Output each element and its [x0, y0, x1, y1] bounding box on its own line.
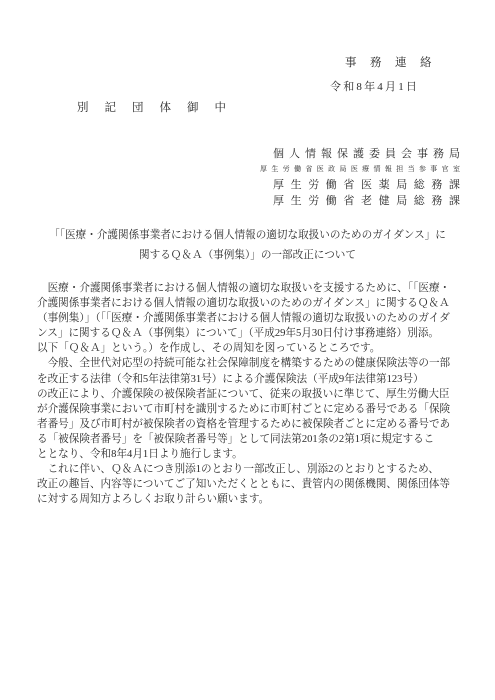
paragraph-2: 今般、全世代対応型の持続可能な社会保障制度を構築するための健康保険法等の一部 を… — [37, 356, 463, 462]
doc-type-label: 事務連絡 — [345, 54, 445, 70]
paragraph-3: これに伴い、Ｑ＆Ａにつき別添1のとおり一部改正し、別添2のとおりとするため、 改… — [37, 462, 463, 507]
body-line: これに伴い、Ｑ＆Ａにつき別添1のとおり一部改正し、別添2のとおりとするため、 — [37, 462, 463, 477]
sender-block: 個人情報保護委員会事務局 厚生労働省医政局医療情報担当参事官室 厚生労働省医薬局… — [273, 146, 460, 209]
body-line: ンス」に関するＱ＆Ａ（事例集）について」（平成29年5月30日付け事務連絡）別添… — [37, 326, 463, 341]
body-line: る「被保険者番号」を「被保険者番号等」として同法第201条の2第1項に規定するこ — [37, 432, 463, 447]
body-line: 介護関係事業者における個人情報の適切な取扱いのためのガイダンス」に関するＱ＆Ａ — [37, 296, 463, 311]
title-line-1: 「「医療・介護関係事業者における個人情報の適切な取扱いのためのガイダンス」に — [0, 226, 495, 246]
body-line: （事例集）」（「「医療・介護関係事業者における個人情報の適切な取扱いのためのガイ… — [37, 311, 463, 326]
sender-org-mhlw-iyakukyoku: 厚生労働省医薬局総務課 — [273, 177, 460, 193]
body-line: の改正により、介護保険の被保険者証について、従来の取扱いに準じて、厚生労働大臣 — [37, 387, 463, 402]
sender-org-mhlw-iseikyoku: 厚生労働省医政局医療情報担当参事官室 — [260, 162, 460, 177]
body-line: が介護保険事業において市町村を識別するために市町村ごとに定める番号である「保険 — [37, 402, 463, 417]
recipient-line: 別記団体御中 — [77, 99, 242, 115]
document-body: 医療・介護関係事業者における個人情報の適切な取扱いを支援するために、「「医療・ … — [37, 281, 463, 507]
body-line: に対する周知方よろしくお取り計らい願います。 — [37, 492, 463, 507]
body-line: を改正する法律（令和5年法律第31号）による介護保険法（平成9年法律第123号） — [37, 372, 463, 387]
document-page: 事務連絡 令和8年4月1日 別記団体御中 個人情報保護委員会事務局 厚生労働省医… — [0, 0, 495, 700]
body-line: 者番号」及び市町村が被保険者の資格を管理するために被保険者ごとに定める番号であ — [37, 417, 463, 432]
body-line: 以下「Ｑ＆Ａ」という。）を作成し、その周知を図っているところです。 — [37, 341, 463, 356]
document-title: 「「医療・介護関係事業者における個人情報の適切な取扱いのためのガイダンス」に 関… — [0, 226, 495, 266]
sender-org-ppc: 個人情報保護委員会事務局 — [273, 146, 460, 162]
sender-org-mhlw-rokenkyoku: 厚生労働省老健局総務課 — [273, 193, 460, 209]
body-line: 今般、全世代対応型の持続可能な社会保障制度を構築するための健康保険法等の一部 — [37, 356, 463, 371]
paragraph-1: 医療・介護関係事業者における個人情報の適切な取扱いを支援するために、「「医療・ … — [37, 281, 463, 356]
body-line: 医療・介護関係事業者における個人情報の適切な取扱いを支援するために、「「医療・ — [37, 281, 463, 296]
body-line: 改正の趣旨、内容等についてご了知いただくとともに、貴管内の関係機関、関係団体等 — [37, 477, 463, 492]
title-line-2: 関するＱ＆Ａ（事例集）」の一部改正について — [0, 246, 495, 266]
doc-date: 令和8年4月1日 — [330, 78, 419, 94]
body-line: ととなり、令和8年4月1日より施行します。 — [37, 447, 463, 462]
